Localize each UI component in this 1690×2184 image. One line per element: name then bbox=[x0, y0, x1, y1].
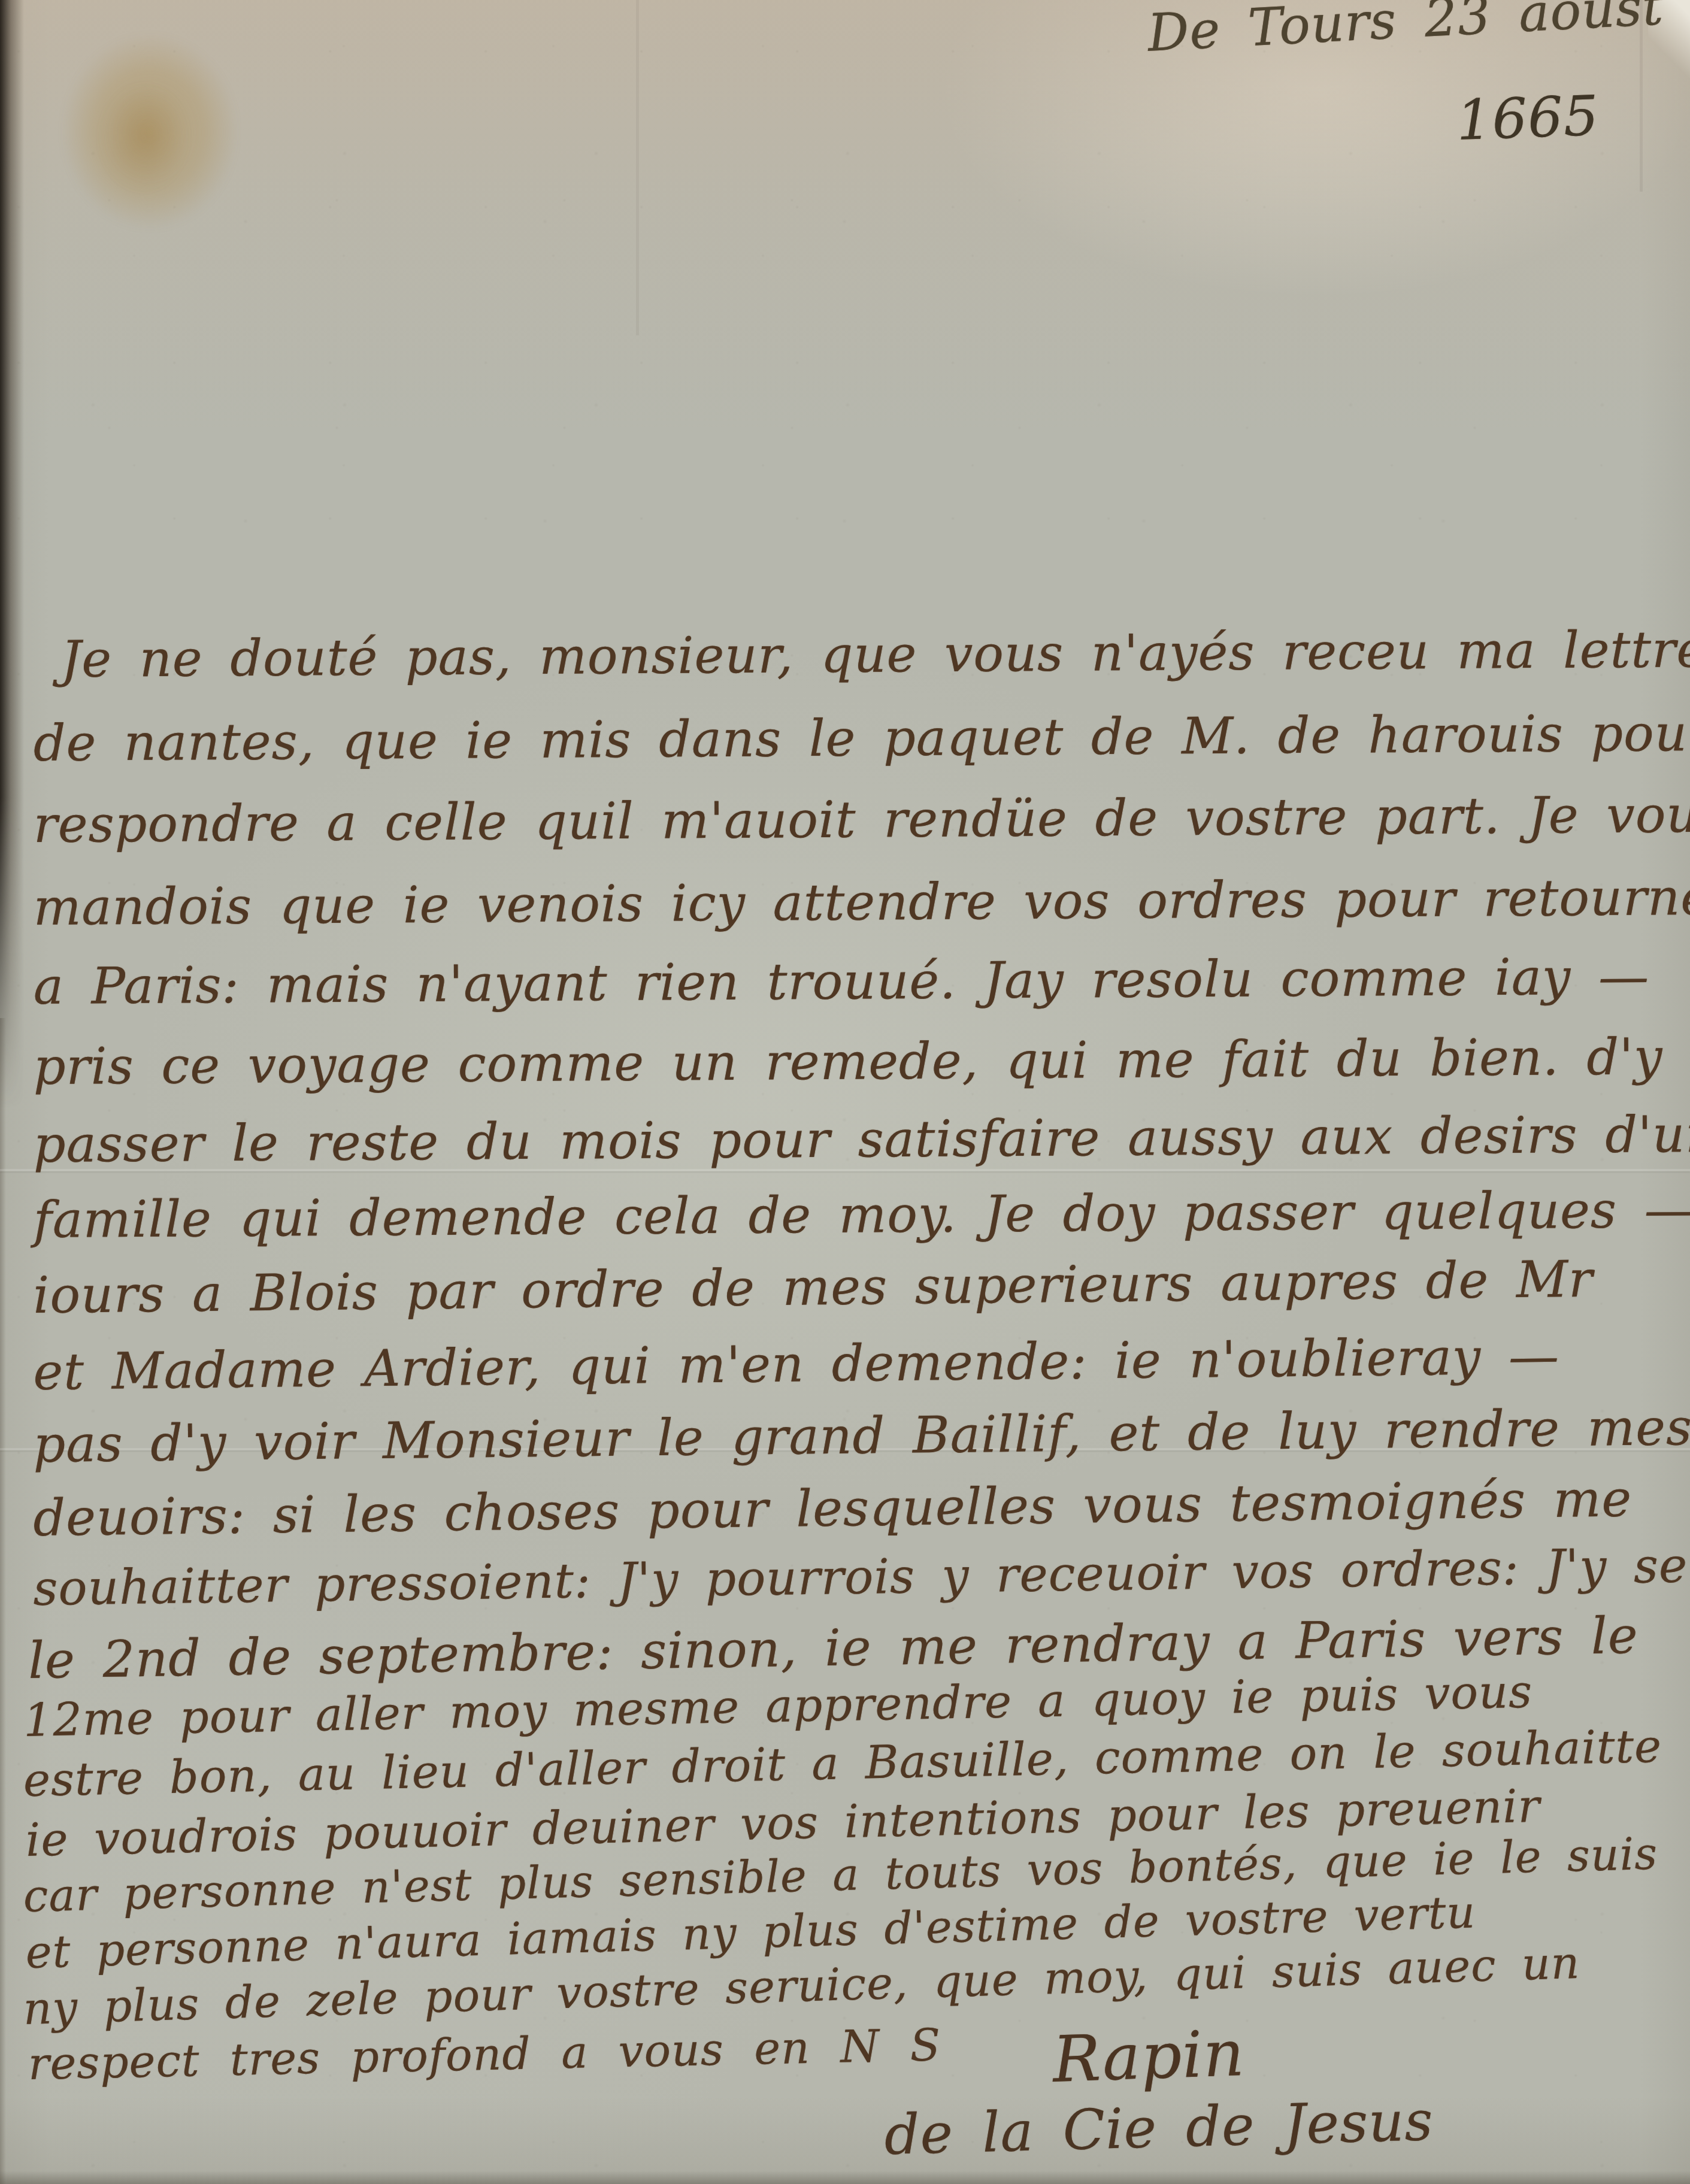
body-line: pris ce voyage comme un remede, qui me f… bbox=[33, 1027, 1662, 1096]
body-line: passer le reste du mois pour satisfaire … bbox=[33, 1105, 1690, 1174]
body-line: a Paris: mais n'ayant rien trouué. Jay r… bbox=[33, 947, 1649, 1016]
body-line: famille qui demende cela de moy. Je doy … bbox=[33, 1180, 1690, 1249]
body-line: de nantes, que ie mis dans le paquet de … bbox=[33, 704, 1690, 773]
body-line: Je ne douté pas, monsieur, que vous n'ay… bbox=[60, 620, 1690, 689]
dateline-year: 1665 bbox=[1455, 84, 1600, 153]
page-bottom-edge-shadow bbox=[0, 2171, 1690, 2184]
page-left-edge-shadow-lower bbox=[0, 1018, 6, 2184]
signature-name: Rapin bbox=[1052, 2016, 1246, 2097]
page-left-edge-shadow bbox=[0, 0, 24, 1108]
paper-stain-core bbox=[90, 72, 198, 204]
fold-crease-vertical-1 bbox=[636, 0, 639, 335]
letter-page: De Tours 23 aoust 1665 Je ne douté pas, … bbox=[0, 0, 1690, 2184]
body-line: mandois que ie venois icy attendre vos o… bbox=[33, 868, 1690, 937]
body-line: respondre a celle quil m'auoit rendüe de… bbox=[33, 785, 1690, 854]
